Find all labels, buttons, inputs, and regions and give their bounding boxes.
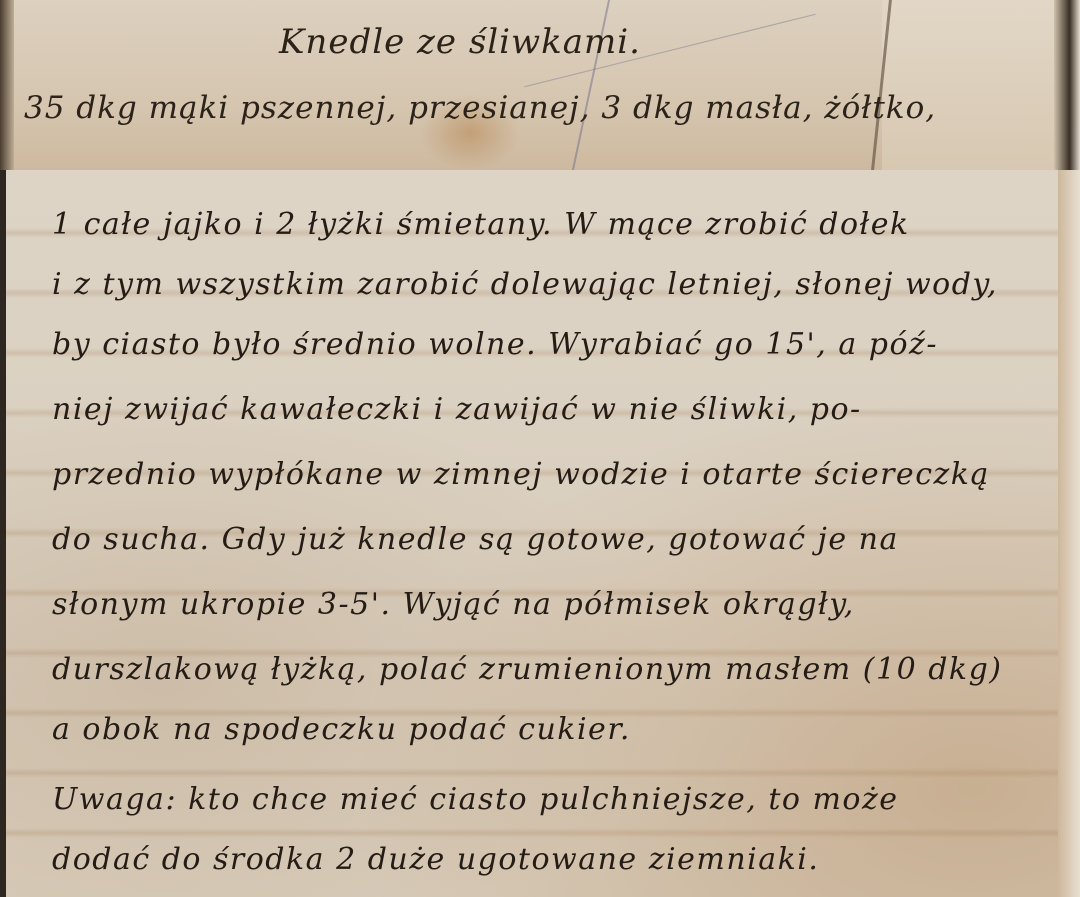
recipe-title: Knedle ze śliwkami. — [0, 22, 1080, 62]
paper-edge — [1058, 170, 1080, 897]
ruled-line — [6, 828, 1058, 838]
recipe-line: niej zwijać kawałeczki i zawijać w nie ś… — [52, 395, 1052, 425]
main-paper-page: 1 całe jajko i 2 łyżki śmietany. W mące … — [0, 170, 1080, 897]
ruled-line — [6, 768, 1058, 778]
recipe-line: przednio wypłókane w zimnej wodzie i ota… — [52, 460, 1052, 490]
recipe-line: słonym ukropie 3-5'. Wyjąć na półmisek o… — [52, 590, 1052, 620]
recipe-line: a obok na spodeczku podać cukier. — [52, 715, 1052, 745]
recipe-note: Uwaga: kto chce mieć ciasto pulchniejsze… — [52, 785, 1052, 815]
recipe-line: i z tym wszystkim zarobić dolewając letn… — [52, 270, 1052, 300]
recipe-line: do sucha. Gdy już knedle są gotowe, goto… — [52, 525, 1052, 555]
top-paper-strip: Knedle ze śliwkami. 35 dkg mąki pszennej… — [0, 0, 1080, 170]
recipe-note: dodać do środka 2 duże ugotowane ziemnia… — [52, 845, 1052, 875]
recipe-line: 1 całe jajko i 2 łyżki śmietany. W mące … — [52, 210, 1052, 240]
recipe-line: durszlakową łyżką, polać zrumienionym ma… — [52, 655, 1052, 685]
recipe-line: by ciasto było średnio wolne. Wyrabiać g… — [52, 330, 1052, 360]
ingredients-line: 35 dkg mąki pszennej, przesianej, 3 dkg … — [24, 90, 936, 126]
